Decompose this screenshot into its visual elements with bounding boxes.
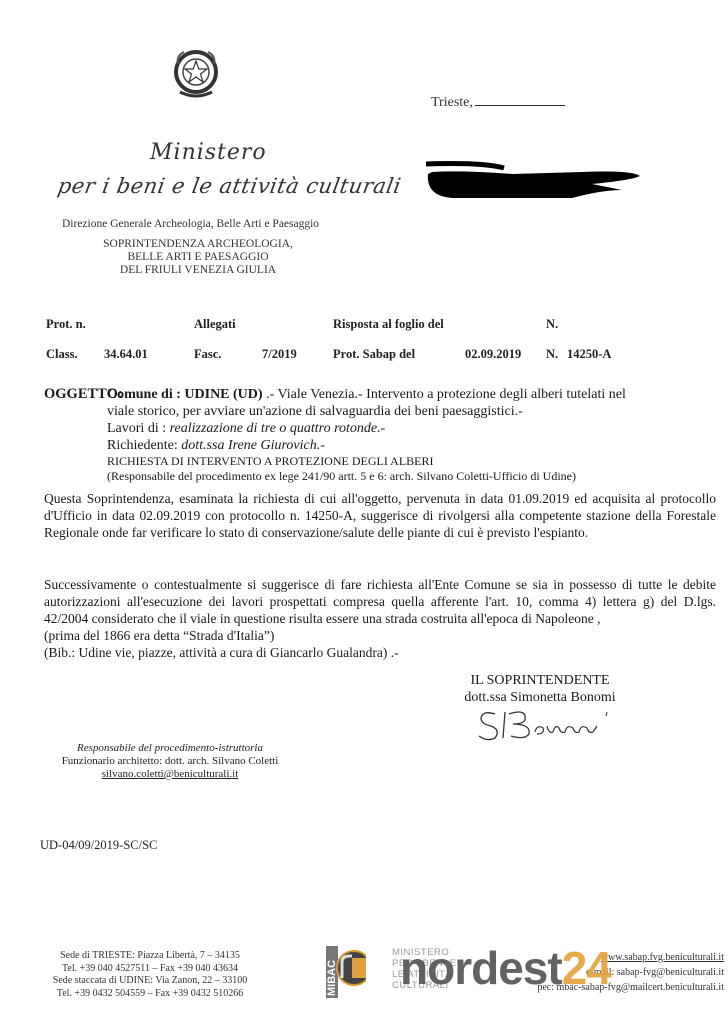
oggetto-line1: .- Viale Venezia.- Intervento a protezio… xyxy=(263,387,626,402)
footer-line: Sede staccata di UDINE: Via Zanon, 22 – … xyxy=(40,975,260,988)
prot-sabap-date: 02.09.2019 xyxy=(465,347,521,362)
body-paragraph-2: Successivamente o contestualmente si sug… xyxy=(44,576,716,661)
oggetto-line2: viale storico, per avviare un'azione di … xyxy=(107,403,717,420)
signature-block: IL SOPRINTENDENTE dott.ssa Simonetta Bon… xyxy=(440,672,640,706)
ministry-title: Ministero xyxy=(150,140,267,165)
prot-sabap-label: Prot. Sabap del xyxy=(333,347,415,362)
signatory-title: IL SOPRINTENDENTE xyxy=(440,672,640,689)
watermark-part2: 24 xyxy=(562,942,611,994)
watermark-part1: nordest xyxy=(400,942,562,994)
soprintendenza-line: BELLE ARTI E PAESAGGIO xyxy=(60,251,336,264)
footer-line: Tel. +39 040 4527511 – Fax +39 040 43634 xyxy=(40,963,260,976)
soprintendenza-line: DEL FRIULI VENEZIA GIULIA xyxy=(60,264,336,277)
n-label: N. xyxy=(546,347,558,362)
richiedente-label: Richiedente: xyxy=(107,438,181,453)
oggetto-text: Comune di : UDINE (UD) .- Viale Venezia.… xyxy=(107,386,717,484)
responsible-block: Responsabile del procedimento-istruttori… xyxy=(55,742,285,781)
lavori-label: Lavori di : xyxy=(107,421,170,436)
ministry-subtitle: per i beni e le attività culturali xyxy=(56,174,403,198)
nordest24-watermark: nordest24 xyxy=(400,940,611,996)
recipient-redaction xyxy=(422,160,644,200)
n-value: 14250-A xyxy=(567,347,611,362)
paragraph-line: (prima del 1866 era detta “Strada d'Ital… xyxy=(44,627,716,644)
prot-label: Prot. n. xyxy=(46,317,86,332)
n-label: N. xyxy=(546,317,558,332)
signatory-name: dott.ssa Simonetta Bonomi xyxy=(440,689,640,706)
body-paragraph-1: Questa Soprintendenza, esaminata la rich… xyxy=(44,490,716,541)
lavori-line: Lavori di : realizzazione di tre o quatt… xyxy=(107,420,717,437)
soprintendenza-line: SOPRINTENDENZA ARCHEOLOGIA, xyxy=(60,238,336,251)
soprintendenza-name: SOPRINTENDENZA ARCHEOLOGIA, BELLE ARTI E… xyxy=(60,238,336,277)
fasc-label: Fasc. xyxy=(194,347,221,362)
responsible-officer: Funzionario architetto: dott. arch. Silv… xyxy=(55,755,285,768)
footer-line: Sede di TRIESTE: Piazza Libertà, 7 – 341… xyxy=(40,950,260,963)
allegati-label: Allegati xyxy=(194,317,236,332)
paragraph-line: (Bib.: Udine vie, piazze, attività a cur… xyxy=(44,644,716,661)
footer-addresses: Sede di TRIESTE: Piazza Libertà, 7 – 341… xyxy=(40,950,260,1000)
reference-code: UD-04/09/2019-SC/SC xyxy=(40,838,157,853)
paragraph-line: Successivamente o contestualmente si sug… xyxy=(44,576,716,627)
risposta-label: Risposta al foglio del xyxy=(333,317,444,332)
svg-text:MIBAC: MIBAC xyxy=(326,960,338,996)
comune: Comune di : UDINE (UD) xyxy=(107,387,263,402)
richiedente-line: Richiedente: dott.ssa Irene Giurovich.- xyxy=(107,437,717,454)
mibac-logo-icon: MIBAC xyxy=(326,944,366,1000)
italian-republic-emblem-icon xyxy=(172,48,220,100)
footer-line: Tel. +39 0432 504559 – Fax +39 0432 5102… xyxy=(40,988,260,1001)
protocol-block: Prot. n. Allegati Risposta al foglio del… xyxy=(46,317,686,367)
fasc-value: 7/2019 xyxy=(262,347,297,362)
handwritten-signature-icon xyxy=(475,706,625,742)
responsabile-line: (Responsabile del procedimento ex lege 2… xyxy=(107,469,717,484)
richiedente-value: dott.ssa Irene Giurovich.- xyxy=(181,438,325,453)
class-value: 34.64.01 xyxy=(104,347,148,362)
lavori-value: realizzazione di tre o quattro rotonde.- xyxy=(170,421,386,436)
place-label: Trieste, xyxy=(431,95,473,110)
oggetto-line: Comune di : UDINE (UD) .- Viale Venezia.… xyxy=(107,386,717,403)
place-date: Trieste, xyxy=(431,95,565,111)
responsible-email-link[interactable]: silvano.coletti@beniculturali.it xyxy=(55,768,285,781)
richiesta-line: RICHIESTA DI INTERVENTO A PROTEZIONE DEG… xyxy=(107,454,717,469)
class-label: Class. xyxy=(46,347,78,362)
date-blank-line xyxy=(475,95,565,106)
responsible-heading: Responsabile del procedimento-istruttori… xyxy=(55,742,285,755)
direzione-generale: Direzione Generale Archeologia, Belle Ar… xyxy=(62,218,319,230)
